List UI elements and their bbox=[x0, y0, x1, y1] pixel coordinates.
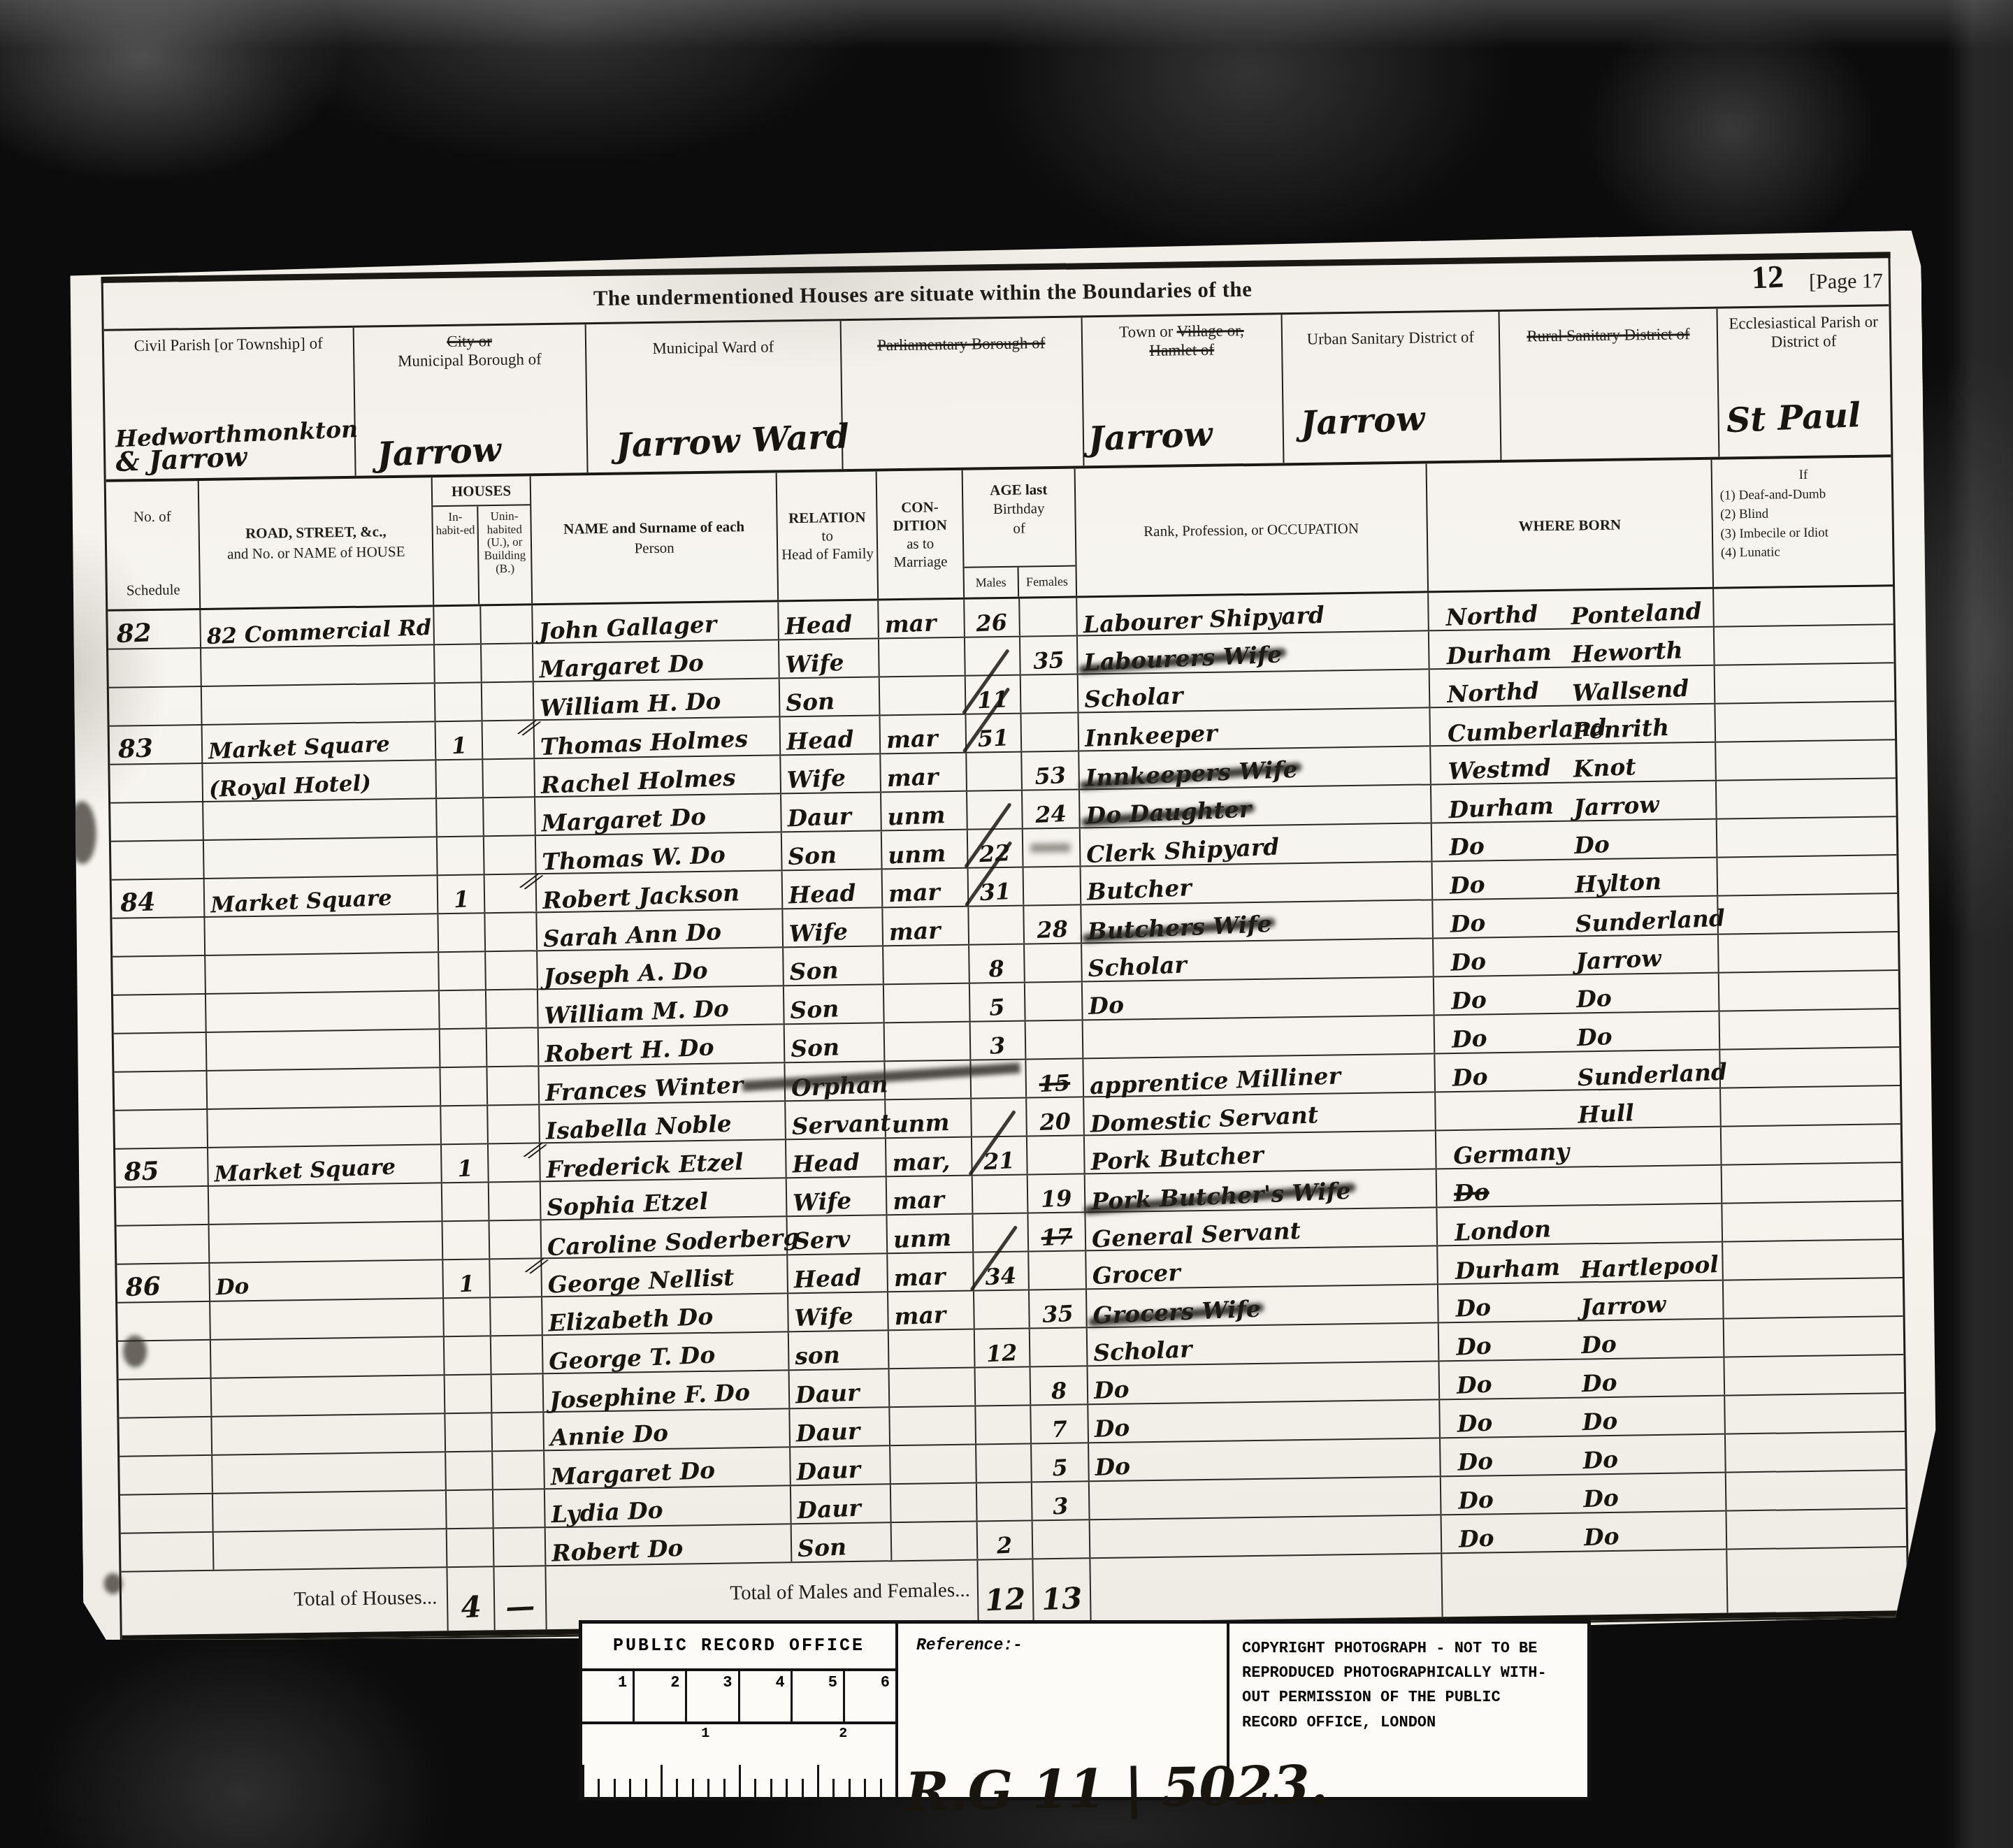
cell-road bbox=[210, 1299, 445, 1339]
cell-age-female: 7 bbox=[1031, 1405, 1088, 1443]
cell-person-name: Margaret Do bbox=[535, 794, 782, 835]
cell-schedule: 85 bbox=[115, 1148, 209, 1187]
cell-inhabited bbox=[447, 1490, 493, 1528]
cell-where-born-value: Do bbox=[1457, 1411, 1493, 1436]
cell-condition bbox=[886, 1061, 972, 1099]
cell-uninhabited bbox=[484, 797, 536, 835]
form-title: The undermentioned Houses are situate wi… bbox=[103, 270, 1742, 318]
cell-inhabited: 1 bbox=[436, 721, 483, 759]
cell-uninhabited bbox=[481, 605, 533, 643]
cell-person-name-value: Frederick Etzel bbox=[546, 1150, 744, 1181]
cell-condition-value: mar bbox=[888, 918, 941, 944]
cell-infirmity bbox=[1715, 663, 1894, 703]
cell-schedule bbox=[114, 1033, 208, 1071]
condition-label-3: as to bbox=[878, 534, 962, 554]
cell-relation-value: Son bbox=[789, 958, 839, 983]
cell-uninhabited bbox=[482, 682, 535, 720]
cell-condition-value: mar bbox=[893, 1264, 946, 1290]
cell-schedule-value: 86 bbox=[125, 1273, 161, 1300]
cell-uninhabited bbox=[486, 1028, 539, 1066]
road-label-2: and No. or NAME of HOUSE bbox=[205, 542, 427, 563]
cell-relation: Daur bbox=[791, 1446, 891, 1485]
col-header-occupation: Rank, Profession, or OCCUPATION bbox=[1075, 463, 1429, 595]
cell-road bbox=[202, 684, 436, 724]
cell-occupation-value: Pork Butcher bbox=[1090, 1143, 1264, 1173]
area-header-row: Civil Parish [or Township] of Hedworthmo… bbox=[104, 306, 1891, 482]
photo-film-edge bbox=[1947, 0, 2013, 1848]
cell-infirmity bbox=[1716, 702, 1895, 742]
cell-road bbox=[211, 1337, 445, 1378]
cell-relation-value: Servant bbox=[791, 1111, 891, 1138]
cell-road-value: (Royal Hotel) bbox=[208, 772, 371, 801]
cell-occupation: General Servant bbox=[1085, 1208, 1438, 1250]
cell-uninhabited bbox=[489, 1220, 542, 1258]
schedule-label-bottom: Schedule bbox=[108, 581, 199, 600]
relation-label-1: RELATION bbox=[778, 507, 876, 527]
cell-road: Market Square bbox=[202, 722, 436, 763]
village-or-struck-label: Village or, bbox=[1176, 322, 1243, 340]
cell-infirmity bbox=[1724, 1278, 1903, 1318]
ruler-cm-1: 1 bbox=[701, 1726, 709, 1742]
ruler-inch-6: 6 bbox=[845, 1671, 895, 1721]
cell-road bbox=[208, 1106, 442, 1147]
pro-ruler-box: PUBLIC RECORD OFFICE 1 2 3 4 5 6 1 2 bbox=[582, 1624, 898, 1797]
cell-age-female: 15 bbox=[1026, 1059, 1083, 1097]
cell-where-born-value: Penrith bbox=[1572, 716, 1669, 743]
cell-inhabited: 1 bbox=[442, 1144, 489, 1182]
ruler-centimetres: 1 2 bbox=[582, 1721, 895, 1797]
cell-infirmity bbox=[1719, 971, 1898, 1011]
cell-age-female bbox=[1030, 1328, 1088, 1366]
inhabited-label: In-habit-ed bbox=[433, 506, 480, 605]
cell-infirmity bbox=[1727, 1509, 1906, 1549]
cell-road bbox=[206, 991, 440, 1032]
civil-parish-value-2: & Jarrow bbox=[115, 443, 248, 475]
cell-person-name-value: Margaret Do bbox=[550, 1459, 716, 1489]
cell-where-born-value: Do bbox=[1581, 1371, 1617, 1395]
cell-road-value: Market Square bbox=[210, 888, 392, 917]
cell-inhabited bbox=[439, 914, 486, 951]
total-houses-value: 4 bbox=[448, 1567, 496, 1631]
cell-where-born: DoDo bbox=[1439, 1320, 1725, 1361]
cell-age-male-value: 26 bbox=[976, 611, 1008, 635]
cell-road-value: Market Square bbox=[208, 734, 390, 763]
infirmity-item-1: (1) Deaf-and-Dumb bbox=[1719, 484, 1887, 505]
cell-schedule bbox=[113, 995, 207, 1033]
cell-schedule bbox=[120, 1456, 213, 1494]
road-label-1: ROAD, STREET, &c., bbox=[205, 522, 426, 542]
cell-where-born-value: Jarrow bbox=[1580, 1292, 1666, 1319]
cell-age-female bbox=[1020, 598, 1077, 635]
col-header-road: ROAD, STREET, &c., and No. or NAME of HO… bbox=[199, 477, 434, 608]
cell-where-born: London bbox=[1437, 1204, 1723, 1246]
cell-where-born: DoDo bbox=[1441, 1473, 1727, 1515]
cell-occupation: Grocers Wife bbox=[1087, 1285, 1439, 1327]
cell-where-born-value: Do bbox=[1454, 1181, 1490, 1205]
cell-road-value: Market Square bbox=[214, 1157, 396, 1186]
cell-person-name: Annie Do bbox=[544, 1409, 791, 1450]
cell-relation: Head bbox=[779, 600, 879, 639]
col-header-schedule: No. of Schedule bbox=[106, 481, 201, 609]
ruler-inches: 1 2 3 4 5 6 bbox=[582, 1668, 895, 1721]
cell-where-born-value: London bbox=[1454, 1217, 1552, 1244]
census-sheet: The undermentioned Houses are situate wi… bbox=[64, 231, 1940, 1652]
cell-age-female: 53 bbox=[1022, 751, 1079, 789]
cell-occupation-value: Do bbox=[1094, 1416, 1130, 1441]
cell-occupation-value: Labourers Wife bbox=[1083, 642, 1283, 674]
ink-smudge bbox=[1030, 844, 1071, 853]
cell-condition bbox=[889, 1330, 975, 1369]
cell-occupation bbox=[1090, 1515, 1442, 1557]
cell-inhabited-value: 1 bbox=[451, 734, 468, 757]
cell-relation: Son bbox=[784, 985, 885, 1023]
ruler-inch-4: 4 bbox=[740, 1671, 793, 1721]
cell-occupation-value: Butchers Wife bbox=[1087, 912, 1272, 943]
cell-age-female: 5 bbox=[1032, 1443, 1089, 1481]
cell-inhabited bbox=[447, 1452, 493, 1489]
photo-top-vignette bbox=[0, 0, 2013, 49]
cell-occupation-value: Innkeeper bbox=[1084, 721, 1218, 750]
cell-person-name: Sarah Ann Do bbox=[537, 909, 784, 950]
copyright-line-3: OUT PERMISSION OF THE PUBLIC bbox=[1242, 1685, 1578, 1710]
cell-where-born-value: Do bbox=[1581, 1332, 1617, 1357]
cell-schedule: 83 bbox=[110, 726, 203, 764]
cell-schedule bbox=[117, 1302, 211, 1341]
cell-uninhabited bbox=[491, 1297, 543, 1335]
cell-relation-value: Daur bbox=[787, 804, 852, 830]
totals-empty-occupation bbox=[1090, 1554, 1443, 1622]
cell-person-name-value: Margaret Do bbox=[539, 651, 705, 681]
cell-condition: unm bbox=[886, 1099, 972, 1138]
cell-where-born: DurhamJarrow bbox=[1431, 781, 1717, 823]
cell-person-name: Margaret Do bbox=[533, 640, 780, 681]
condition-label-1: CON- bbox=[877, 497, 962, 517]
cell-relation: Wife bbox=[784, 908, 884, 946]
cell-relation-value: Daur bbox=[796, 1458, 861, 1484]
hamlet-of-label: Hamlet of bbox=[1149, 341, 1214, 359]
cell-where-born-value: Do bbox=[1450, 911, 1486, 936]
cell-condition bbox=[884, 984, 970, 1023]
cell-occupation: Scholar bbox=[1082, 939, 1434, 981]
cell-road bbox=[205, 953, 440, 993]
cell-person-name: Rachel Holmes bbox=[535, 756, 781, 796]
cell-occupation: Innkeeper bbox=[1078, 708, 1431, 750]
col-header-infirmity: If (1) Deaf-and-Dumb (2) Blind (3) Imbec… bbox=[1712, 457, 1893, 587]
cell-where-born-value: Germany bbox=[1453, 1139, 1570, 1167]
cell-where-born-value: Do bbox=[1451, 988, 1487, 1013]
age-label-3: of bbox=[1013, 519, 1025, 536]
cell-age-female bbox=[1021, 713, 1078, 751]
cell-relation: Son bbox=[784, 946, 884, 985]
totals-empty-infirmity bbox=[1728, 1547, 1907, 1613]
cell-relation: Daur bbox=[791, 1485, 892, 1523]
cell-condition-value: mar bbox=[886, 765, 939, 790]
ecclesiastical-parish-label: Ecclesiastical Parish or bbox=[1729, 312, 1878, 332]
cell-occupation: Butcher bbox=[1081, 862, 1433, 904]
cell-where-born-value: Do bbox=[1576, 986, 1612, 1011]
cell-road bbox=[201, 645, 435, 686]
cell-person-name-value: George T. Do bbox=[549, 1343, 716, 1373]
cell-occupation: Labourers Wife bbox=[1078, 631, 1430, 673]
cell-age-female: 8 bbox=[1031, 1366, 1088, 1404]
cell-where-born-value: Sunderland bbox=[1575, 907, 1725, 936]
infirmity-item-4: (4) Lunatic bbox=[1721, 541, 1889, 563]
name-label-1: NAME and Surname of each bbox=[537, 518, 771, 539]
age-label-2: Birthday bbox=[993, 500, 1045, 517]
cell-where-born: DoSunderland bbox=[1435, 1051, 1721, 1092]
cell-road bbox=[212, 1452, 447, 1493]
cell-relation-value: Son bbox=[790, 997, 839, 1022]
cell-condition: mar bbox=[888, 1292, 974, 1330]
males-label: Males bbox=[964, 568, 1018, 598]
cell-inhabited bbox=[447, 1529, 494, 1566]
cell-age-female bbox=[1033, 1520, 1090, 1558]
cell-person-name-value: Margaret Do bbox=[541, 805, 707, 835]
cell-age-male-value: 3 bbox=[990, 1034, 1006, 1057]
cell-occupation-value: Do Daughter bbox=[1085, 797, 1252, 828]
relation-label-3: Head of Family bbox=[778, 544, 876, 564]
cell-where-born-value: Durham bbox=[1446, 640, 1552, 667]
cell-person-name-value: William H. Do bbox=[539, 689, 721, 720]
cell-age-male: 2 bbox=[977, 1521, 1033, 1559]
cell-where-born: WestmdKnot bbox=[1431, 743, 1717, 784]
cell-age-female: 19 bbox=[1028, 1174, 1085, 1212]
cell-inhabited-value: 1 bbox=[453, 888, 470, 911]
cell-schedule bbox=[110, 764, 203, 802]
col-header-name: NAME and Surname of each Person bbox=[531, 472, 779, 603]
cell-uninhabited bbox=[492, 1413, 544, 1450]
cell-condition: mar bbox=[883, 869, 969, 907]
cell-person-name-value: Thomas W. Do bbox=[542, 843, 726, 874]
cell-infirmity bbox=[1719, 932, 1898, 972]
pro-reference-stamp: PUBLIC RECORD OFFICE 1 2 3 4 5 6 1 2 Ref… bbox=[579, 1620, 1591, 1800]
cell-where-born-value: Do bbox=[1458, 1488, 1494, 1513]
cell-age-female-value: 17 bbox=[1041, 1225, 1073, 1249]
cell-road bbox=[211, 1376, 445, 1416]
rural-sanitary-struck-label: Rural Sanitary District of bbox=[1527, 325, 1689, 345]
cell-relation: Head bbox=[783, 869, 883, 908]
sheet-series-label: Eng– Sheet D. bbox=[1744, 1636, 1900, 1663]
cell-person-name: ∕∕Robert Jackson bbox=[536, 871, 783, 911]
cell-inhabited bbox=[437, 760, 484, 797]
cell-inhabited bbox=[445, 1375, 492, 1413]
cell-occupation: Pork Butcher's Wife bbox=[1085, 1169, 1437, 1211]
cell-person-name: Joseph A. Do bbox=[537, 948, 784, 988]
cell-occupation bbox=[1090, 1477, 1442, 1519]
cell-relation-value: Wife bbox=[793, 1189, 853, 1214]
cell-age-female-value: 24 bbox=[1034, 802, 1067, 826]
municipal-ward-label: Municipal Ward of bbox=[586, 326, 840, 359]
cell-uninhabited bbox=[488, 1105, 540, 1143]
cell-road: Market Square bbox=[208, 1145, 442, 1185]
cell-relation-value: son bbox=[795, 1343, 841, 1368]
cell-occupation-value: Labourer Shipyard bbox=[1083, 603, 1325, 636]
cell-relation-value: Daur bbox=[795, 1381, 860, 1407]
relation-label-2: to bbox=[778, 526, 876, 545]
cell-where-born: Hull bbox=[1436, 1089, 1722, 1130]
cell-person-name-value: John Gallager bbox=[538, 612, 717, 643]
cell-condition bbox=[891, 1484, 977, 1522]
cell-road bbox=[212, 1414, 446, 1454]
cell-age-male-value: 51 bbox=[977, 726, 1009, 750]
col-header-age: AGE last Birthday of Males Females bbox=[962, 468, 1076, 597]
cell-condition bbox=[890, 1407, 976, 1445]
cell-where-born-value: Do bbox=[1583, 1524, 1619, 1549]
cell-occupation: Scholar bbox=[1078, 670, 1430, 712]
folio-number: 12 bbox=[1751, 261, 1784, 294]
reference-label: Reference:- bbox=[916, 1636, 1023, 1654]
cell-age-male: 21 bbox=[972, 1137, 1028, 1175]
cell-occupation: Do bbox=[1083, 977, 1435, 1019]
ruler-inch-5: 5 bbox=[793, 1671, 845, 1721]
cell-condition: mar bbox=[881, 753, 967, 792]
cell-uninhabited bbox=[493, 1528, 546, 1566]
cell-road bbox=[209, 1222, 443, 1262]
age-label-1: AGE last bbox=[990, 481, 1048, 498]
cell-age-female: 3 bbox=[1032, 1482, 1090, 1519]
cell-person-name: ∕∕Thomas Holmes bbox=[534, 717, 781, 758]
cell-inhabited bbox=[438, 837, 484, 874]
cell-occupation-value: Domestic Servant bbox=[1090, 1103, 1319, 1136]
cell-schedule bbox=[116, 1187, 210, 1225]
cell-age-male: 5 bbox=[970, 983, 1026, 1021]
cell-relation-value: Wife bbox=[788, 920, 849, 945]
cell-condition-value: mar bbox=[884, 611, 937, 636]
name-label-2: Person bbox=[537, 538, 772, 559]
cell-person-name-value: Annie Do bbox=[549, 1421, 668, 1449]
total-houses-label: Total of Houses... bbox=[121, 1568, 449, 1636]
cell-condition-value: mar bbox=[888, 880, 941, 905]
cell-infirmity bbox=[1724, 1240, 1903, 1280]
cell-inhabited bbox=[442, 1183, 489, 1220]
cell-uninhabited bbox=[483, 759, 535, 797]
cell-occupation: Grocer bbox=[1086, 1246, 1438, 1288]
cell-age-female: 28 bbox=[1024, 905, 1081, 943]
cell-age-female bbox=[1025, 982, 1083, 1020]
cell-where-born-value: Hylton bbox=[1574, 869, 1661, 896]
cell-schedule bbox=[113, 956, 206, 995]
where-born-label: WHERE BORN bbox=[1433, 514, 1706, 535]
cell-condition-value: mar bbox=[893, 1188, 945, 1213]
municipal-ward-value: Jarrow Ward bbox=[615, 419, 850, 463]
cell-occupation: Pork Butcher bbox=[1085, 1131, 1437, 1173]
cell-infirmity bbox=[1719, 894, 1898, 934]
cell-inhabited bbox=[435, 606, 482, 644]
cell-schedule-value: 85 bbox=[124, 1158, 160, 1185]
cell-where-born: DoDo bbox=[1441, 1512, 1727, 1553]
cell-schedule bbox=[111, 841, 205, 879]
infirmity-item-3: (3) Imbecile or Idiot bbox=[1720, 522, 1888, 544]
cell-inhabited bbox=[435, 644, 482, 682]
cell-schedule bbox=[117, 1225, 210, 1264]
cell-where-born: DoHylton bbox=[1432, 858, 1718, 900]
cell-relation: Head bbox=[788, 1254, 889, 1292]
cell-age-male bbox=[973, 1176, 1029, 1213]
cell-road-value: Do bbox=[215, 1276, 250, 1299]
cell-occupation-value: Scholar bbox=[1088, 953, 1187, 980]
totals-empty-born bbox=[1442, 1550, 1729, 1617]
cell-infirmity bbox=[1717, 740, 1896, 780]
city-or-struck-label: City or bbox=[447, 332, 492, 350]
ecclesiastical-parish-value: St Paul bbox=[1726, 398, 1861, 438]
cell-road bbox=[203, 799, 438, 839]
cell-schedule-value: 82 bbox=[116, 620, 152, 647]
cell-where-born-value: Do bbox=[1582, 1409, 1618, 1434]
col-header-condition: CON- DITION as to Marriage bbox=[877, 470, 965, 599]
cell-person-name: William M. Do bbox=[538, 986, 785, 1027]
cell-relation-value: Wife bbox=[786, 766, 846, 791]
cell-age-female bbox=[1027, 1136, 1085, 1174]
cell-occupation-value: General Servant bbox=[1091, 1219, 1301, 1250]
cell-occupation-value: Pork Butcher's Wife bbox=[1090, 1179, 1351, 1213]
cell-person-name-value: George Nellist bbox=[547, 1266, 735, 1297]
cell-age-male-value: 2 bbox=[997, 1534, 1013, 1557]
cell-age-male bbox=[969, 907, 1025, 944]
cell-schedule-value: 83 bbox=[117, 735, 154, 762]
cell-age-female bbox=[1026, 1020, 1083, 1058]
cell-age-female-value: 53 bbox=[1034, 764, 1067, 788]
occupation-label: Rank, Profession, or OCCUPATION bbox=[1081, 519, 1420, 541]
cell-age-male: 3 bbox=[970, 1022, 1026, 1060]
cell-relation: Servant bbox=[786, 1100, 886, 1139]
cell-road: 82 Commercial Rd bbox=[201, 607, 435, 647]
cell-occupation-value: Do bbox=[1088, 993, 1124, 1018]
cell-condition bbox=[879, 638, 965, 677]
cell-person-name: ∕∕Frederick Etzel bbox=[540, 1140, 787, 1181]
cell-condition-value: mar, bbox=[892, 1149, 951, 1174]
cell-person-name-value: Thomas Holmes bbox=[540, 727, 748, 758]
cell-road bbox=[204, 837, 438, 878]
females-label: Females bbox=[1018, 566, 1076, 596]
total-uninhabited-value: — bbox=[494, 1566, 547, 1630]
cell-relation: Wife bbox=[787, 1177, 888, 1215]
ecclesiastical-district-label: District of bbox=[1770, 332, 1836, 350]
cell-where-born-value: Do bbox=[1452, 1065, 1488, 1090]
cell-relation-value: Wife bbox=[794, 1304, 854, 1329]
box-municipal-borough: City or Municipal Borough of Jarrow bbox=[354, 324, 588, 476]
pro-reference-section: Reference:- R.G 11 | 5023. bbox=[898, 1624, 1229, 1797]
cell-person-name: Josephine F. Do bbox=[543, 1371, 790, 1411]
urban-sanitary-value: Jarrow bbox=[1299, 402, 1425, 440]
cell-age-female-value: 3 bbox=[1052, 1494, 1069, 1517]
cell-where-born-value: Do bbox=[1582, 1448, 1619, 1472]
cell-where-born-value: Do bbox=[1577, 1025, 1613, 1049]
town-or-label: Town or bbox=[1119, 322, 1177, 340]
cell-where-born-value: Hull bbox=[1578, 1101, 1635, 1126]
cell-condition bbox=[892, 1522, 978, 1561]
cell-uninhabited bbox=[491, 1336, 544, 1373]
cell-age-male bbox=[976, 1444, 1032, 1482]
cell-age-female-value: 35 bbox=[1041, 1302, 1074, 1326]
ruler-inch-3: 3 bbox=[687, 1671, 739, 1721]
cell-person-name-value: Elizabeth Do bbox=[548, 1305, 714, 1335]
col-header-houses: HOUSES In-habit-ed Unin-habited (U.), or… bbox=[433, 476, 533, 605]
cell-inhabited-value: 1 bbox=[458, 1272, 475, 1295]
cell-relation-value: Wife bbox=[785, 651, 845, 676]
cell-relation: Son bbox=[785, 1023, 886, 1062]
cell-where-born-value: Jarrow bbox=[1573, 793, 1659, 819]
cell-infirmity bbox=[1722, 1163, 1901, 1203]
cell-age-female bbox=[1025, 944, 1082, 981]
cell-occupation-value: apprentice Milliner bbox=[1089, 1064, 1341, 1097]
cell-relation: Serv bbox=[788, 1215, 888, 1254]
houses-label: HOUSES bbox=[433, 476, 530, 507]
cell-person-name-value: Lydia Do bbox=[551, 1499, 664, 1526]
cell-where-born-value: Knot bbox=[1573, 755, 1636, 781]
cell-inhabited bbox=[440, 952, 486, 990]
cell-person-name: Caroline Soderberg bbox=[541, 1217, 788, 1257]
cell-inhabited bbox=[442, 1106, 489, 1143]
